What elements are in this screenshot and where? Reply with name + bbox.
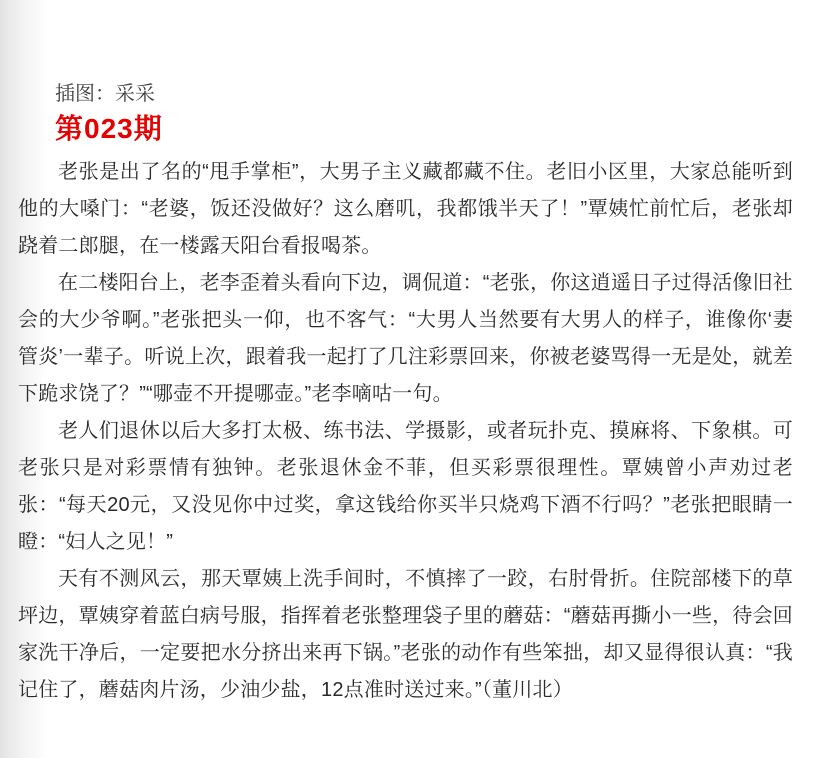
story-paragraph: 老张是出了名的“甩手掌柜”，大男子主义藏都藏不住。老旧小区里，大家总能听到他的大… bbox=[18, 154, 793, 265]
story-paragraph: 老人们退休以后大多打太极、练书法、学摄影，或者玩扑克、摸麻将、下象棋。可老张只是… bbox=[18, 413, 793, 561]
issue-title: 第023期 bbox=[55, 113, 793, 145]
story-body: 老张是出了名的“甩手掌柜”，大男子主义藏都藏不住。老旧小区里，大家总能听到他的大… bbox=[18, 154, 793, 709]
story-paragraph: 天有不测风云，那天覃姨上洗手间时，不慎摔了一跤，右肘骨折。住院部楼下的草坪边，覃… bbox=[18, 561, 793, 709]
page: { "document": { "credit": "插图：采采", "titl… bbox=[0, 0, 819, 758]
illustration-credit: 插图：采采 bbox=[55, 82, 793, 106]
story-paragraph: 在二楼阳台上，老李歪着头看向下边，调侃道：“老张，你这逍遥日子过得活像旧社会的大… bbox=[18, 265, 793, 413]
article-page: 插图：采采 第023期 老张是出了名的“甩手掌柜”，大男子主义藏都藏不住。老旧小… bbox=[0, 0, 819, 709]
